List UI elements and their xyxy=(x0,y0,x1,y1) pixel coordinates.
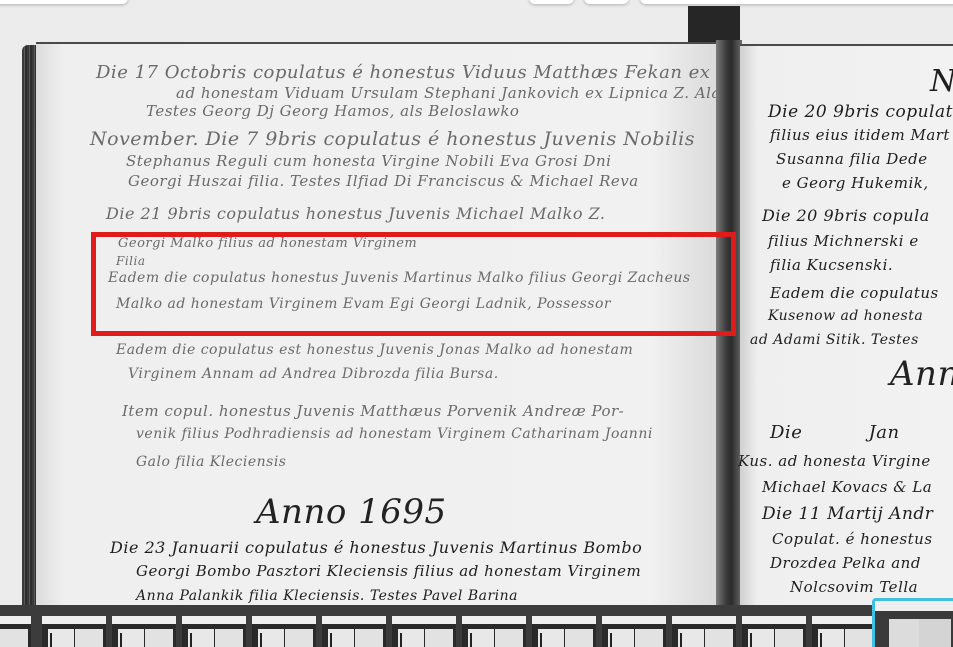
right-page: N Die 20 9bris copulatus filius eius iti… xyxy=(740,44,953,614)
thumbnail[interactable] xyxy=(112,616,176,647)
handwritten-line: Stephanus Reguli cum honesta Virgine Nob… xyxy=(126,152,611,170)
handwritten-line: ad honestam Viduam Ursulam Stephani Jank… xyxy=(176,84,721,102)
highlight-box xyxy=(91,232,736,336)
year-heading-right: Anno xyxy=(890,354,953,394)
handwritten-line: Georgi Bombo Pasztori Kleciensis filius … xyxy=(136,562,641,580)
thumbnail-strip[interactable] xyxy=(0,605,953,647)
thumbnail[interactable] xyxy=(462,616,526,647)
handwritten-line: Susanna filia Dede xyxy=(776,150,928,168)
handwritten-line: Die 20 9bris copula xyxy=(762,206,930,225)
handwritten-line: Copulat. é honestus xyxy=(772,530,933,548)
handwritten-line: filius Michnerski e xyxy=(768,232,919,250)
thumbnail[interactable] xyxy=(322,616,386,647)
handwritten-line: Nolcsovim Tella xyxy=(790,578,918,596)
handwritten-line: Die 11 Martij Andr xyxy=(762,504,933,524)
handwritten-line: venik filius Podhradiensis ad honestam V… xyxy=(136,426,653,442)
thumbnail[interactable] xyxy=(252,616,316,647)
handwritten-line: N xyxy=(930,64,953,99)
handwritten-line: Kus. ad honesta Virgine xyxy=(738,452,931,470)
thumbnail[interactable] xyxy=(182,616,246,647)
handwritten-line: Drozdea Pelka and xyxy=(770,554,921,572)
handwritten-line: Anna Palankik filia Kleciensis. Testes P… xyxy=(136,588,518,604)
handwritten-line: Georgi Huszai filia. Testes Ilfiad Di Fr… xyxy=(128,172,639,190)
thumbnail[interactable] xyxy=(602,616,666,647)
thumbnail[interactable] xyxy=(392,616,456,647)
thumbnail-selected[interactable] xyxy=(872,598,953,647)
handwritten-line: filius eius itidem Mart xyxy=(770,126,950,144)
handwritten-line: Die Jan xyxy=(770,422,900,443)
handwritten-line: Michael Kovacs & La xyxy=(762,478,932,496)
handwritten-line: Die 23 Januarii copulatus é honestus Juv… xyxy=(110,538,642,557)
handwritten-line: Kusenow ad honesta xyxy=(768,308,923,324)
thumbnail[interactable] xyxy=(42,616,106,647)
handwritten-line: Item copul. honestus Juvenis Matthæus Po… xyxy=(122,402,624,420)
year-heading: Anno 1695 xyxy=(256,492,447,532)
thumbnail[interactable] xyxy=(672,616,736,647)
handwritten-line: ad Adami Sitik. Testes xyxy=(750,332,919,348)
handwritten-line: Galo filia Kleciensis xyxy=(136,454,287,470)
handwritten-line: filia Kucsenski. xyxy=(770,256,893,274)
handwritten-line: Eadem die copulatus xyxy=(770,284,939,302)
thumbnail[interactable] xyxy=(0,616,31,647)
handwritten-line: Virginem Annam ad Andrea Dibrozda filia … xyxy=(128,366,499,382)
handwritten-line: November. Die 7 9bris copulatus é honest… xyxy=(90,128,695,150)
image-viewer[interactable]: Die 17 Octobris copulatus é honestus Vid… xyxy=(0,0,953,647)
handwritten-line: Testes Georg Dj Georg Hamos, als Belosla… xyxy=(146,102,519,120)
handwritten-line: e Georg Hukemik, xyxy=(782,174,929,192)
thumbnail[interactable] xyxy=(742,616,806,647)
handwritten-line: Die 20 9bris copulatus xyxy=(768,102,953,122)
handwritten-line: Eadem die copulatus est honestus Juvenis… xyxy=(116,342,633,358)
handwritten-line: Die 21 9bris copulatus honestus Juvenis … xyxy=(106,204,606,223)
thumbnail[interactable] xyxy=(812,616,876,647)
thumbnail[interactable] xyxy=(532,616,596,647)
handwritten-line: Die 17 Octobris copulatus é honestus Vid… xyxy=(96,62,770,83)
